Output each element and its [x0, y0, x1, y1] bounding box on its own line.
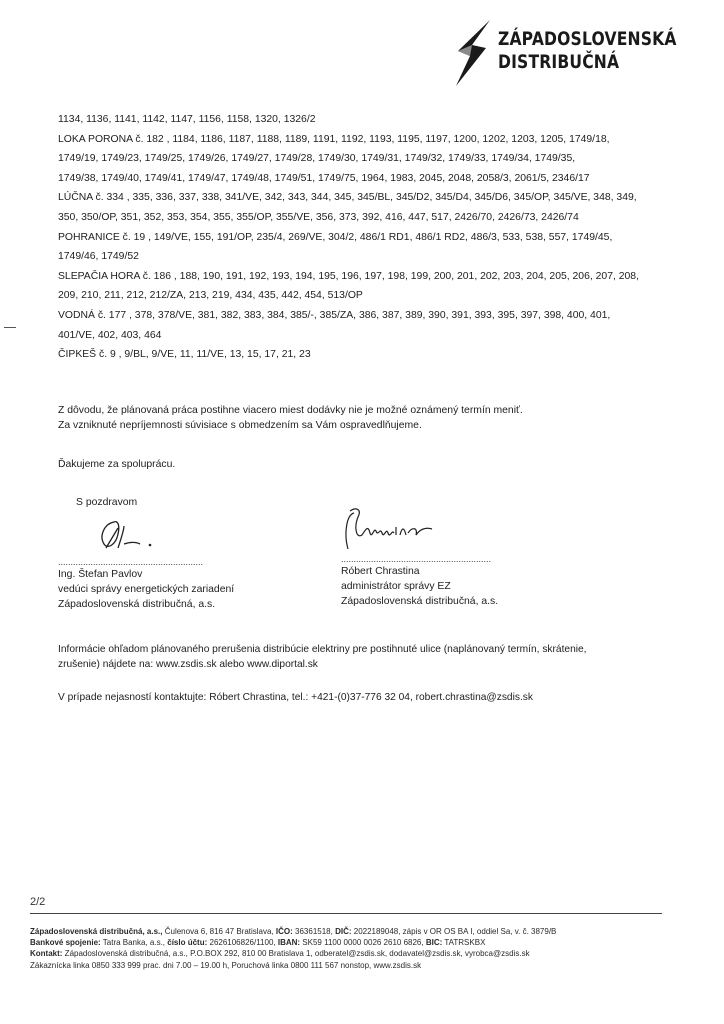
- footer-line-3: Kontakt: Západoslovenská distribučná, a.…: [30, 948, 556, 959]
- footer-label: IČO:: [276, 927, 293, 936]
- footer-value: Zákaznícka linka 0850 333 999 prac. dni …: [30, 961, 421, 970]
- signatory-role: administrátor správy EZ: [341, 579, 498, 594]
- address-line: 1749/38, 1749/40, 1749/41, 1749/47, 1749…: [58, 169, 698, 189]
- fold-mark: [4, 327, 16, 328]
- footer-label: IBAN:: [278, 938, 300, 947]
- signatory-role: vedúci správy energetických zariadení: [58, 582, 234, 597]
- footer-value: TATRSKBX: [442, 938, 485, 947]
- address-line: 401/VE, 402, 403, 464: [58, 326, 698, 346]
- notice-line-2: Za vzniknuté nepríjemnosti súvisiace s o…: [58, 418, 523, 433]
- address-line: VODNÁ č. 177 , 378, 378/VE, 381, 382, 38…: [58, 306, 698, 326]
- info-line-2: zrušenie) nájdete na: www.zsdis.sk alebo…: [58, 657, 587, 672]
- thanks-text: Ďakujeme za spoluprácu.: [58, 457, 175, 472]
- address-line: 209, 210, 211, 212, 212/ZA, 213, 219, 43…: [58, 286, 698, 306]
- address-line: ČIPKEŠ č. 9 , 9/BL, 9/VE, 11, 11/VE, 13,…: [58, 345, 698, 365]
- address-line: POHRANICE č. 19 , 149/VE, 155, 191/OP, 2…: [58, 228, 698, 248]
- footer-label: BIC:: [426, 938, 442, 947]
- signature-chrastina: [340, 505, 450, 555]
- address-line: LÚČNA č. 334 , 335, 336, 337, 338, 341/V…: [58, 188, 698, 208]
- info-line-1: Informácie ohľadom plánovaného prerušeni…: [58, 642, 587, 657]
- footer-value: SK59 1100 0000 0026 2610 6826,: [300, 938, 426, 947]
- footer-value: 2626106826/1100,: [207, 938, 278, 947]
- affected-addresses-list: 1134, 1136, 1141, 1142, 1147, 1156, 1158…: [58, 110, 698, 365]
- signature-pavlov: [96, 518, 156, 554]
- footer-value: Čulenova 6, 816 47 Bratislava,: [163, 927, 276, 936]
- signatory-name: Róbert Chrastina: [341, 564, 498, 579]
- address-line: 1749/46, 1749/52: [58, 247, 698, 267]
- greeting-text: S pozdravom: [76, 495, 137, 510]
- address-line: SLEPAČIA HORA č. 186 , 188, 190, 191, 19…: [58, 267, 698, 287]
- logo-wordmark: ZÁPADOSLOVENSKÁ DISTRIBUČNÁ: [498, 28, 677, 74]
- footer-value: Tatra Banka, a.s.,: [101, 938, 168, 947]
- footer-value: 36361518,: [293, 927, 335, 936]
- footer-line-1: Západoslovenská distribučná, a.s., Čulen…: [30, 926, 556, 937]
- logo-line-1: ZÁPADOSLOVENSKÁ: [498, 28, 677, 51]
- signatory-chrastina: ........................................…: [341, 554, 498, 609]
- company-logo: ZÁPADOSLOVENSKÁ DISTRIBUČNÁ: [452, 18, 682, 88]
- address-line: 350, 350/OP, 351, 352, 353, 354, 355, 35…: [58, 208, 698, 228]
- contact-line: V prípade nejasností kontaktujte: Róbert…: [58, 690, 533, 705]
- footer-label: DIČ:: [335, 927, 351, 936]
- signature-line: ........................................…: [341, 554, 498, 564]
- address-line: 1749/19, 1749/23, 1749/25, 1749/26, 1749…: [58, 149, 698, 169]
- notice-paragraph: Z dôvodu, že plánovaná práca postihne vi…: [58, 403, 523, 433]
- signatory-company: Západoslovenská distribučná, a.s.: [58, 597, 234, 612]
- footer-line-4: Zákaznícka linka 0850 333 999 prac. dni …: [30, 960, 556, 971]
- footer-line-2: Bankové spojenie: Tatra Banka, a.s., čís…: [30, 937, 556, 948]
- page-number: 2/2: [30, 896, 45, 908]
- lightning-bolt-icon: [452, 18, 496, 88]
- footer-label: Západoslovenská distribučná, a.s.,: [30, 927, 163, 936]
- footer-value: Západoslovenská distribučná, a.s., P.O.B…: [62, 949, 529, 958]
- footer-divider: [30, 913, 662, 914]
- signatory-pavlov: ........................................…: [58, 557, 234, 612]
- company-footer: Západoslovenská distribučná, a.s., Čulen…: [30, 926, 556, 971]
- footer-label: číslo účtu:: [167, 938, 207, 947]
- footer-label: Bankové spojenie:: [30, 938, 101, 947]
- signatory-name: Ing. Štefan Pavlov: [58, 567, 234, 582]
- signature-line: ........................................…: [58, 557, 234, 567]
- notice-line-1: Z dôvodu, že plánovaná práca postihne vi…: [58, 403, 523, 418]
- logo-line-2: DISTRIBUČNÁ: [498, 51, 677, 74]
- signatory-company: Západoslovenská distribučná, a.s.: [341, 594, 498, 609]
- footer-label: Kontakt:: [30, 949, 62, 958]
- address-line: LOKA PORONA č. 182 , 1184, 1186, 1187, 1…: [58, 130, 698, 150]
- info-paragraph: Informácie ohľadom plánovaného prerušeni…: [58, 642, 587, 672]
- footer-value: 2022189048, zápis v OR OS BA I, oddiel S…: [352, 927, 557, 936]
- address-line: 1134, 1136, 1141, 1142, 1147, 1156, 1158…: [58, 110, 698, 130]
